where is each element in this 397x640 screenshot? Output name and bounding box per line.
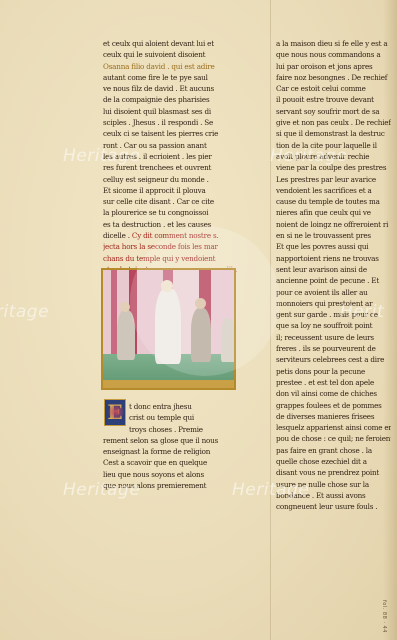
- text-line: petis dons pour la pecune: [276, 366, 391, 377]
- text-line: t donc entra jhesu: [103, 401, 237, 412]
- text-line: Osanna filio david . qui est adire: [103, 61, 237, 72]
- text-line: congneuent leur usure fouls .: [276, 501, 391, 512]
- text-line: sciples . Jhesus . il respondi . Se: [103, 117, 237, 128]
- text-line: rement selon sa glose que il nous: [103, 435, 237, 446]
- watermark-text: Herit: [340, 302, 384, 322]
- text-line: ceulx qui le suivoient disoient: [103, 49, 237, 60]
- text-line: a la maison dieu si fe elle y est a: [276, 38, 391, 49]
- text-line: la plourerice se tu congnoissoi: [103, 207, 237, 218]
- text-line: noient de loingz ne offreroient ri: [276, 219, 391, 230]
- text-line: lesquelz apparienst ainsi come en: [276, 422, 391, 433]
- text-line: crist ou temple qui: [103, 412, 237, 423]
- watermark-text: Heritage: [232, 480, 309, 500]
- text-line: prestee . et est tel don apele: [276, 377, 391, 388]
- text-line: ancienne point de pecune . Et: [276, 275, 391, 286]
- text-line: sur celle cite disant . Car ce cite: [103, 196, 237, 207]
- text-line: sent leur avarison ainsi de: [276, 264, 391, 275]
- text-line: si que il demonstrast la destruc: [276, 128, 391, 139]
- text-line: cause du temple de toutes ma: [276, 196, 391, 207]
- watermark-text: Heritage: [63, 146, 140, 166]
- text-line: faire noz besongnes . De rechief: [276, 72, 391, 83]
- text-line: lui disoient quil blasmast ses di: [103, 106, 237, 117]
- text-line: ceulx ci se taisent les pierres crie: [103, 128, 237, 139]
- folio-number: fol. 88 · 44: [381, 600, 387, 633]
- text-line: il pouoit estre trouve devant: [276, 94, 391, 105]
- text-line: que nous nous commandons a: [276, 49, 391, 60]
- left-text-column-bottom: t donc entra jhesu crist ou temple qui t…: [103, 401, 237, 491]
- text-line: servant soy soufrir mort de sa: [276, 106, 391, 117]
- text-line: enseignast la forme de religion: [103, 446, 237, 457]
- text-line: give et non pas ceulx . De rechief: [276, 117, 391, 128]
- text-line: disant vous ne prendrez point: [276, 467, 391, 478]
- text-line: Et sicome il approcit il plouva: [103, 185, 237, 196]
- text-line: pour ce avoient ils aller au: [276, 287, 391, 298]
- text-line: napportoient riens ne trouvas: [276, 253, 391, 264]
- text-line: celluy est seigneur du monde .: [103, 174, 237, 185]
- text-line: serviteurs celebrees cest a dire: [276, 354, 391, 365]
- text-line: Et que les povres aussi qui: [276, 241, 391, 252]
- text-line: grappes foulees et de pommes: [276, 400, 391, 411]
- text-line: vendoient les sacrifices et a: [276, 185, 391, 196]
- watermark-text: ritage: [0, 302, 49, 322]
- watermark-text: Heritage: [270, 146, 347, 166]
- text-line: freres . ils se pourveurent de: [276, 343, 391, 354]
- text-line: don vil ainsi come de chiches: [276, 388, 391, 399]
- watermark-text: Heritage: [63, 480, 140, 500]
- text-line: en si ne le trouvassent pres: [276, 230, 391, 241]
- text-line: Cest a scavoir que en quelque: [103, 457, 237, 468]
- miniature-gold-base: [103, 380, 234, 388]
- text-line: nieres afin que ceulx qui ve: [276, 207, 391, 218]
- watermark-halo: [130, 226, 280, 376]
- manuscript-page: et ceulx qui aloient devant lui et ceulx…: [0, 0, 397, 640]
- text-line: lieu que nous soyons et alons: [103, 469, 237, 480]
- text-line: pas faire en grant chose . la: [276, 445, 391, 456]
- text-line: de la compaignie des pharisies: [103, 94, 237, 105]
- text-line: lui par oroison et jons apres: [276, 61, 391, 72]
- text-line: et ceulx qui aloient devant lui et: [103, 38, 237, 49]
- text-line: Car ce estoit celui comme: [276, 83, 391, 94]
- text-line: ve nous filz de david . Et aucuns: [103, 83, 237, 94]
- text-line: troys choses . Premie: [103, 424, 237, 435]
- text-line: quelle chose ezechiel dit a: [276, 456, 391, 467]
- text-line: autant come fire le te pye saul: [103, 72, 237, 83]
- right-text-column: a la maison dieu si fe elle y est a que …: [276, 38, 391, 512]
- text-line: pou de chose : ce quil; ne feroient: [276, 433, 391, 444]
- text-line: que sa loy ne souffroit point: [276, 320, 391, 331]
- text-line: il; receussent usure de leurs: [276, 332, 391, 343]
- merchant-left-head: [120, 302, 130, 312]
- text-fragment: dicelle .: [103, 231, 130, 240]
- text-line: Les prestres par leur avarice: [276, 174, 391, 185]
- text-line: de diverses manieres frisees: [276, 411, 391, 422]
